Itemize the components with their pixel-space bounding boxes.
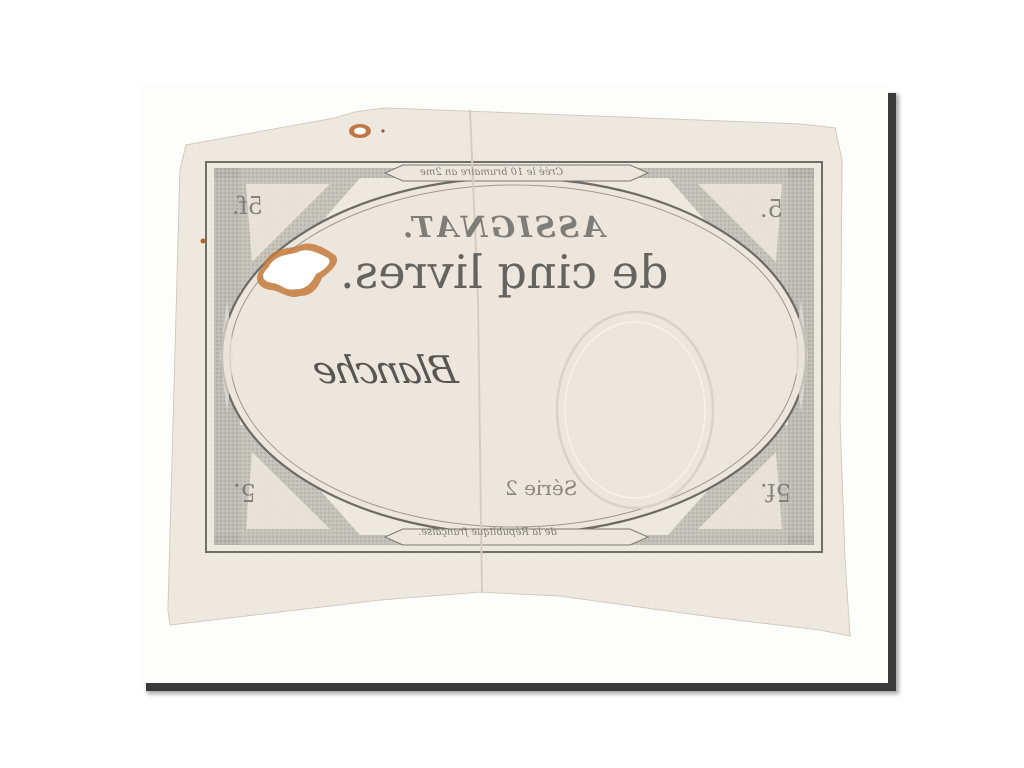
bottom-banner-text: de la République française.: [418, 527, 557, 538]
top-banner-text: Créé le 10 brumaire an 2me: [420, 167, 563, 178]
series-number: 2: [505, 476, 518, 500]
corner-value-top-right: 5.: [760, 195, 783, 223]
denomination: de cinq livres.: [340, 245, 668, 299]
corner-value-top-left: 5f.: [232, 192, 263, 220]
banknote: [0, 0, 1024, 768]
stain-hole-top: [349, 124, 371, 138]
series-label: Série 2: [505, 476, 577, 500]
corner-value-bottom-left: 5.: [233, 478, 256, 506]
corner-value-bottom-right: 5f.: [760, 478, 791, 506]
signature: Blanche: [310, 348, 461, 392]
note-title: ASSIGNAT.: [400, 210, 604, 244]
